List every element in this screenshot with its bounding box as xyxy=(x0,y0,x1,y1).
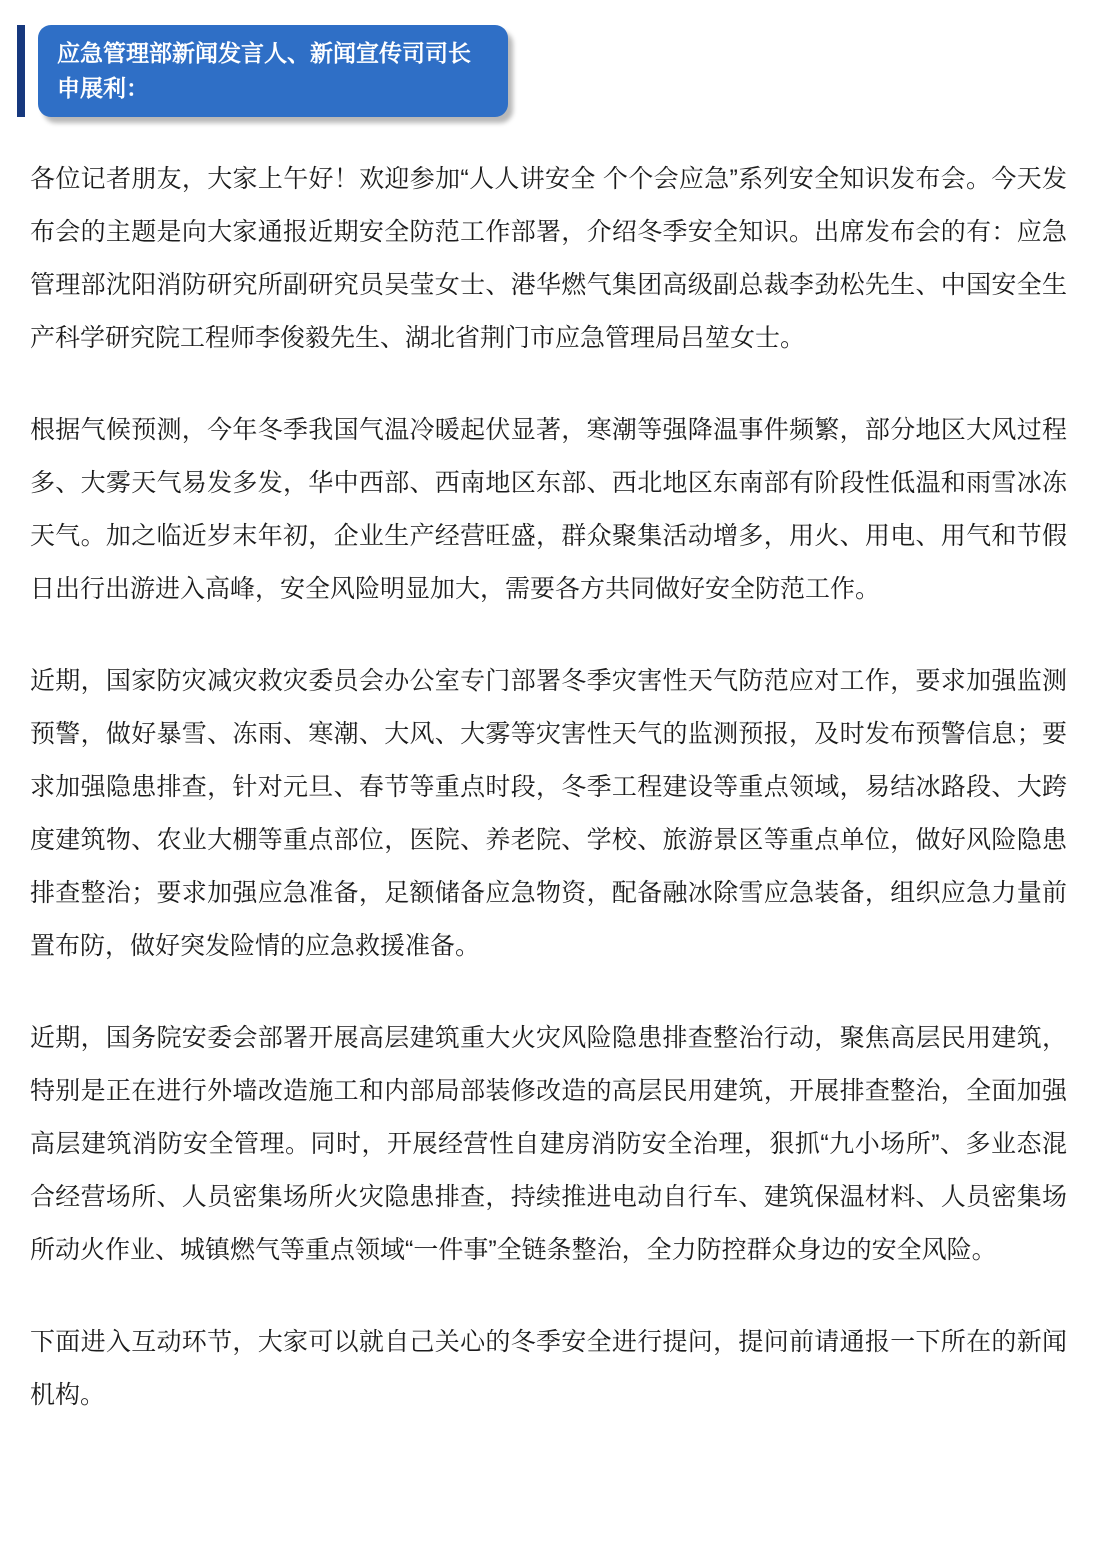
speaker-header: 应急管理部新闻发言人、新闻宣传司司长 申展利： xyxy=(17,25,1098,117)
paragraph-2: 根据气候预测，今年冬季我国气温冷暖起伏显著，寒潮等强降温事件频繁，部分地区大风过… xyxy=(30,404,1067,616)
header-accent-bar xyxy=(17,25,25,117)
paragraph-4: 近期，国务院安委会部署开展高层建筑重大火灾风险隐患排查整治行动，聚焦高层民用建筑… xyxy=(30,1012,1067,1277)
paragraph-1: 各位记者朋友，大家上午好！欢迎参加“人人讲安全 个个会应急”系列安全知识发布会。… xyxy=(30,153,1067,365)
article-body: 各位记者朋友，大家上午好！欢迎参加“人人讲安全 个个会应急”系列安全知识发布会。… xyxy=(30,153,1067,1422)
paragraph-3: 近期，国家防灾减灾救灾委员会办公室专门部署冬季灾害性天气防范应对工作，要求加强监… xyxy=(30,655,1067,973)
speaker-title: 应急管理部新闻发言人、新闻宣传司司长 xyxy=(57,36,493,71)
speaker-name: 申展利： xyxy=(57,71,493,106)
speaker-badge: 应急管理部新闻发言人、新闻宣传司司长 申展利： xyxy=(38,25,508,117)
paragraph-5: 下面进入互动环节，大家可以就自己关心的冬季安全进行提问，提问前请通报一下所在的新… xyxy=(30,1316,1067,1422)
